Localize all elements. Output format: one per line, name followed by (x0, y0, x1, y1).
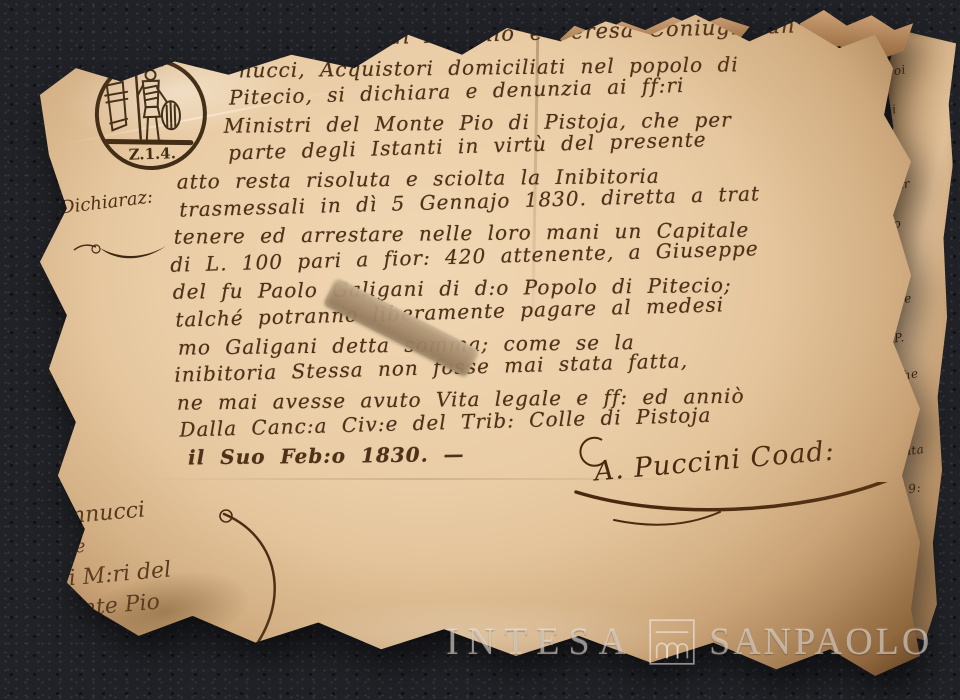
docket-bracket-flourish (210, 506, 306, 681)
watermark-brand-left: INTESA (446, 620, 635, 664)
addressee-docket: Vannucci e A:i M:ri del Monte Pio (37, 493, 175, 628)
watermark-brand-right: SANPAOLO (709, 620, 932, 664)
margin-note: Dichiaraz: (59, 186, 154, 218)
photo-of-historical-document: Noi òi dt istr io i's me P. che re inta … (0, 0, 960, 700)
intesa-sanpaolo-aqueduct-logo-icon (648, 618, 696, 666)
signature-underline-flourish (570, 482, 900, 526)
manuscript-sheet-wrapper: Z.1.4. Dichiaraz: D'ordine Cet et ad ist… (22, 8, 920, 676)
intesa-sanpaolo-watermark: INTESA SANPAOLO (446, 618, 932, 666)
spear-icon (135, 61, 141, 138)
docket-line: Monte Pio (45, 585, 175, 627)
manuscript-page: Z.1.4. Dichiaraz: D'ordine Cet et ad ist… (22, 8, 920, 676)
manuscript-body-text: D'ordine Cet et ad ist: di Antonio e Ter… (160, 17, 884, 472)
column-icon (105, 82, 129, 131)
